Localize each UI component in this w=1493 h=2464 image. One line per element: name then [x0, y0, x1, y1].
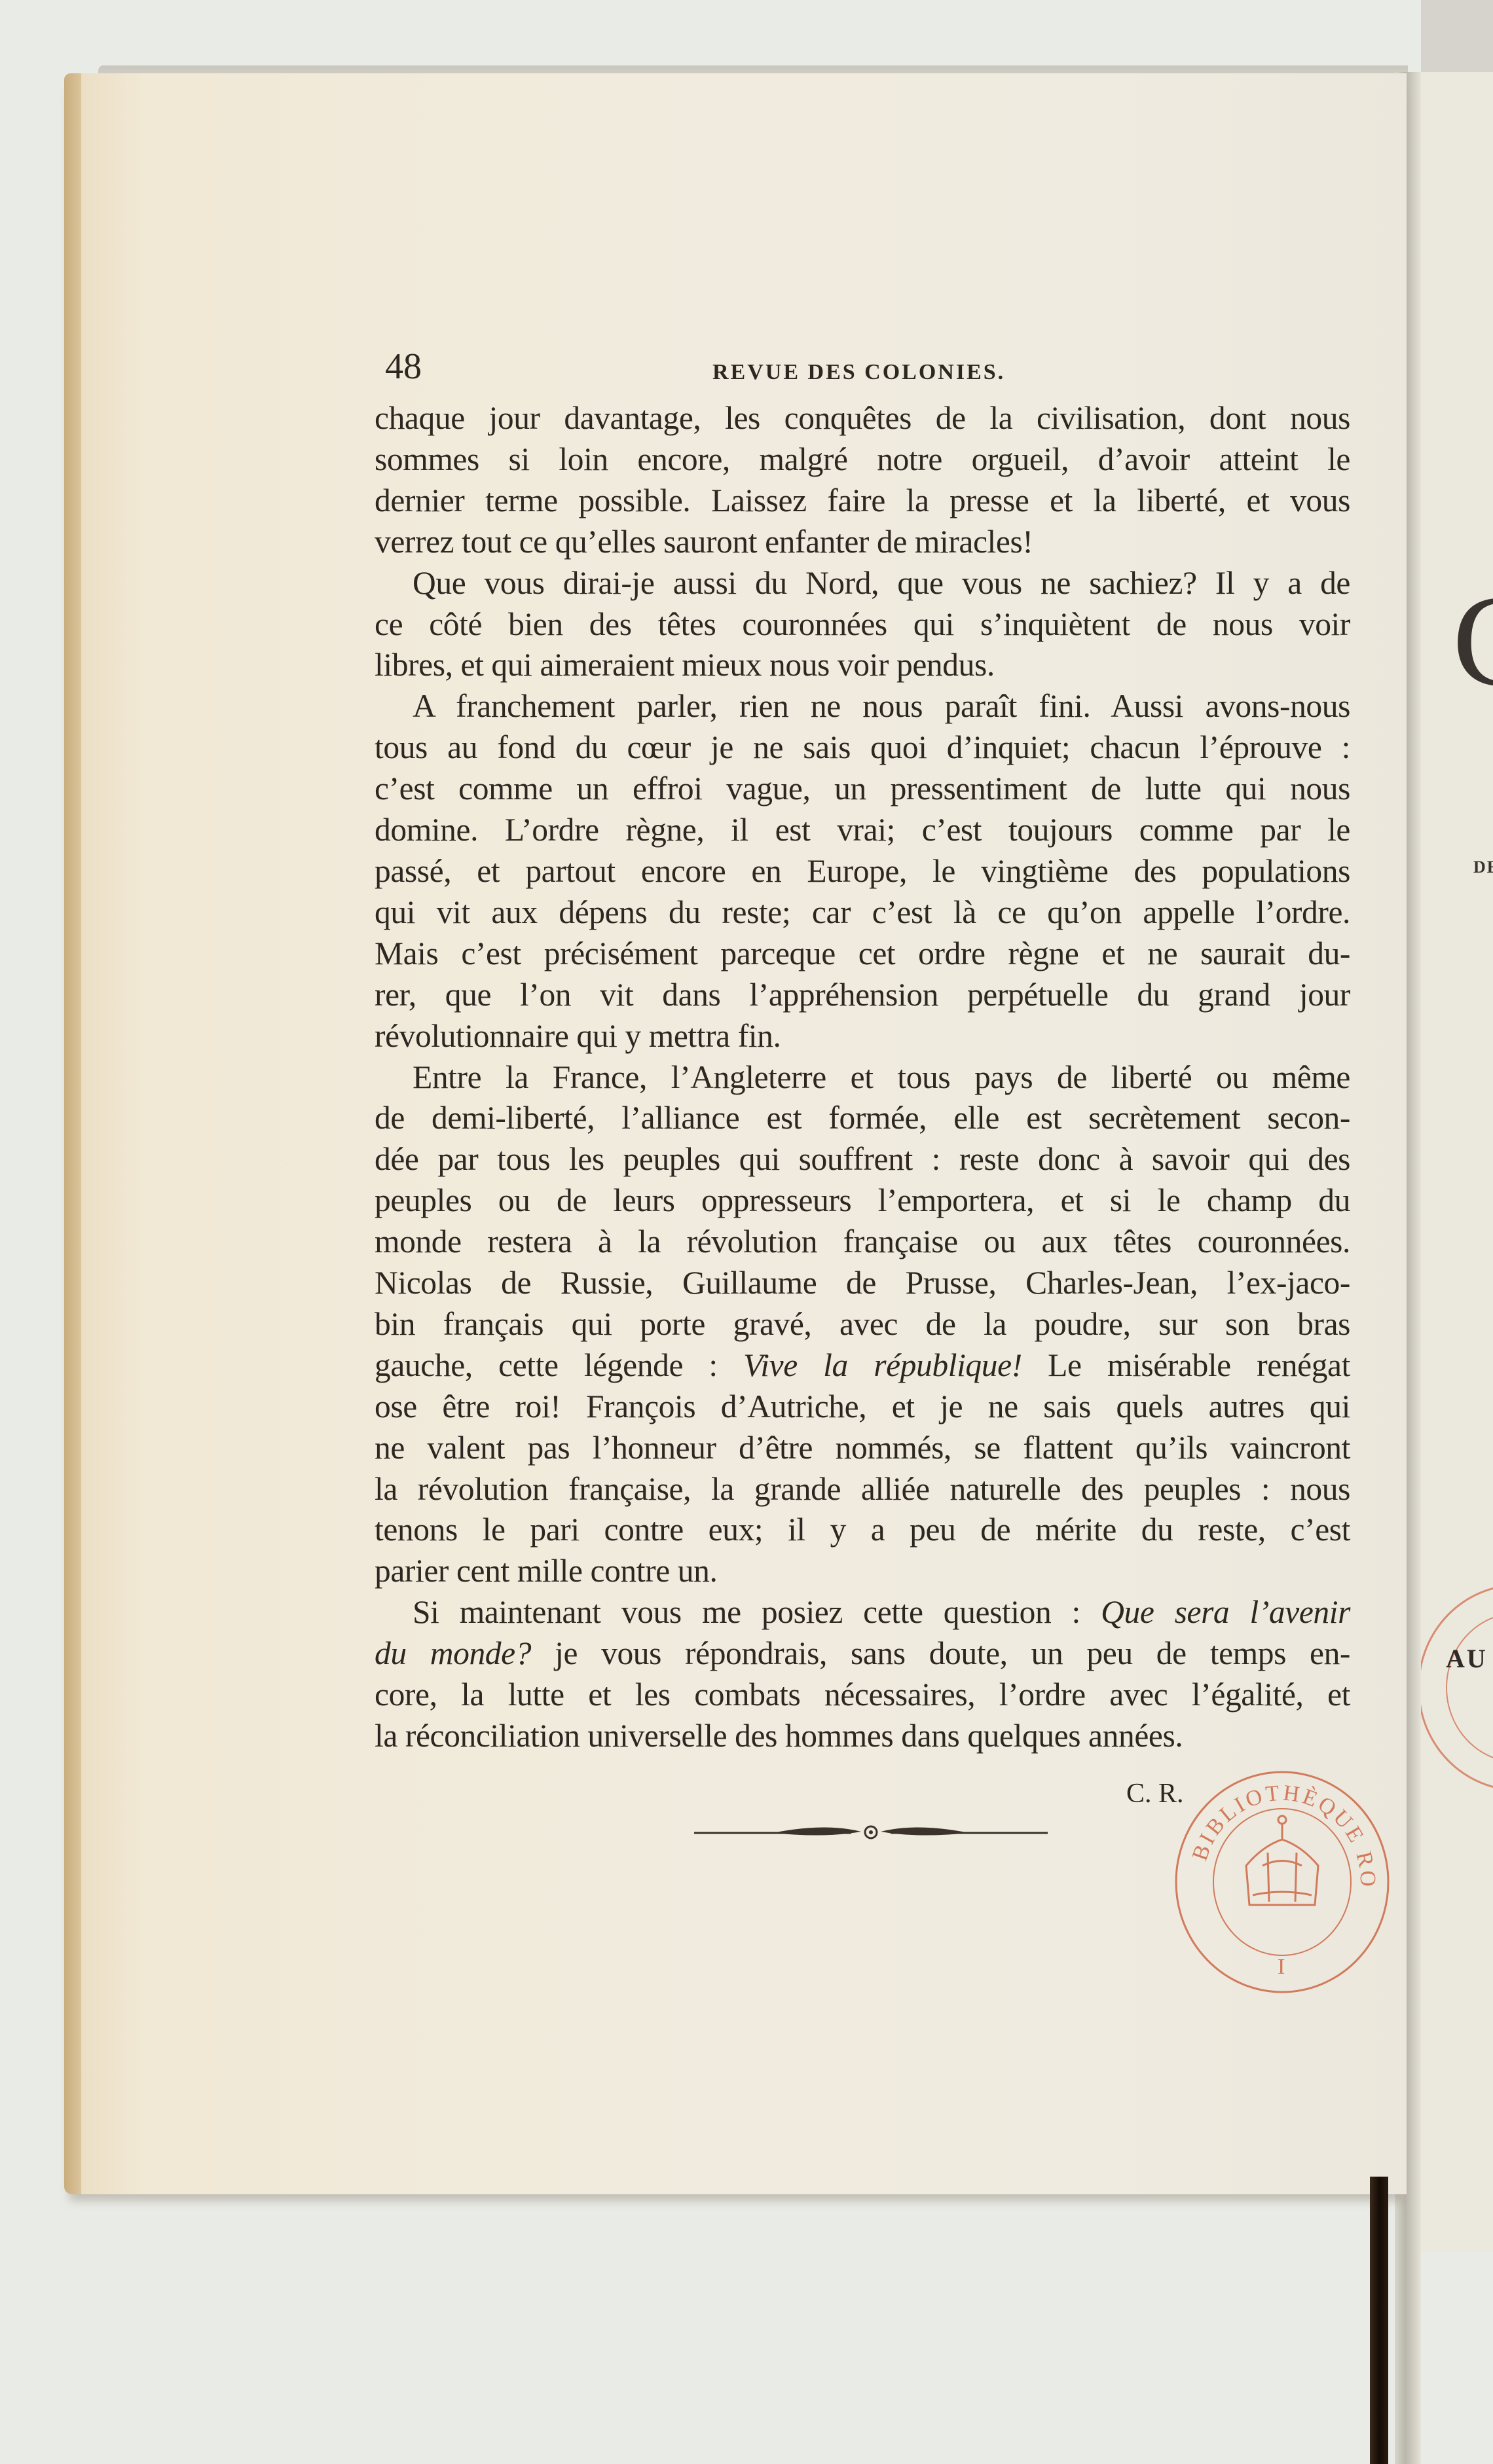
italic-phrase: Que sera l’avenir: [1101, 1594, 1350, 1630]
text-line: du monde? je vous répondrais, sans doute…: [375, 1633, 1350, 1675]
text-line: dernier terme possible. Laissez faire la…: [375, 480, 1350, 522]
crown-icon: [1246, 1816, 1318, 1905]
text-line: ose être roi! François d’Autriche, et je…: [375, 1386, 1350, 1428]
library-stamp: BIBLIOTHÈQUE ROYALE I: [1171, 1767, 1393, 1997]
text-line: parier cent mille contre un.: [375, 1551, 1350, 1592]
text-line: verrez tout ce qu’elles sauront enfanter…: [375, 522, 1350, 563]
facing-page-heading-fragment: AU: [1446, 1643, 1488, 1674]
text-line: passé, et partout encore en Europe, le v…: [375, 851, 1350, 892]
page-edge: [64, 73, 81, 2194]
text-line: sommes si loin encore, malgré notre orgu…: [375, 439, 1350, 480]
svg-text:I: I: [1278, 1955, 1285, 1979]
gutter-shadow: [1370, 2177, 1388, 2464]
running-head: 48 REVUE DES COLONIES.: [385, 348, 1348, 388]
text-line: dée par tous les peuples qui souffrent :…: [375, 1139, 1350, 1180]
text-line: de demi-liberté, l’alliance est formée, …: [375, 1098, 1350, 1139]
text-line: Entre la France, l’Angleterre et tous pa…: [375, 1057, 1350, 1098]
text-line: qui vit aux dépens du reste; car c’est l…: [375, 892, 1350, 933]
italic-phrase: Vive la république!: [743, 1347, 1022, 1383]
text-line: bin français qui porte gravé, avec de la…: [375, 1304, 1350, 1345]
facing-page: [1421, 72, 1493, 2252]
text-line: rer, que l’on vit dans l’appréhension pe…: [375, 975, 1350, 1016]
scanner-top-bar: [1421, 0, 1493, 72]
fleuron-rule-ornament: [694, 1820, 1048, 1846]
page-number: 48: [385, 348, 422, 385]
text-line: Nicolas de Russie, Guillaume de Prusse, …: [375, 1263, 1350, 1304]
text-line: ce côté bien des têtes couronnées qui s’…: [375, 604, 1350, 645]
text-line: peuples ou de leurs oppresseurs l’emport…: [375, 1180, 1350, 1222]
text-line: Mais c’est précisément parceque cet ordr…: [375, 933, 1350, 975]
text-line: révolutionnaire qui y mettra fin.: [375, 1016, 1350, 1057]
text-line: c’est comme un effroi vague, un pressent…: [375, 769, 1350, 810]
text-line: chaque jour davantage, les conquêtes de …: [375, 398, 1350, 439]
text-line: tenons le pari contre eux; il y a peu de…: [375, 1510, 1350, 1551]
svg-text:BIBLIOTHÈQUE ROYALE: BIBLIOTHÈQUE ROYALE: [1171, 1767, 1380, 1889]
text-line: Si maintenant vous me posiez cette quest…: [375, 1592, 1350, 1633]
text-line: la révolution française, la grande allié…: [375, 1469, 1350, 1510]
text-line: ne valent pas l’honneur d’être nommés, s…: [375, 1428, 1350, 1469]
text-line: core, la lutte et les combats nécessaire…: [375, 1675, 1350, 1716]
facing-page-small-caps: DE: [1473, 858, 1493, 877]
text-line: tous au fond du cœur je ne sais quoi d’i…: [375, 727, 1350, 769]
text-line: A franchement parler, rien ne nous paraî…: [375, 686, 1350, 727]
text-line: libres, et qui aimeraient mieux nous voi…: [375, 645, 1350, 686]
text-line: la réconciliation universelle des hommes…: [375, 1716, 1350, 1757]
article-body: chaque jour davantage, les conquêtes de …: [375, 398, 1350, 1757]
text-line: domine. L’ordre règne, il est vrai; c’es…: [375, 810, 1350, 851]
journal-title: REVUE DES COLONIES.: [712, 360, 1005, 385]
text-line: Que vous dirai-je aussi du Nord, que vou…: [375, 563, 1350, 604]
text-line: monde restera à la révolution française …: [375, 1222, 1350, 1263]
facing-page-initial: C: [1452, 576, 1493, 707]
text-line: gauche, cette légende : Vive la républiq…: [375, 1345, 1350, 1386]
italic-phrase: du monde?: [375, 1635, 531, 1671]
